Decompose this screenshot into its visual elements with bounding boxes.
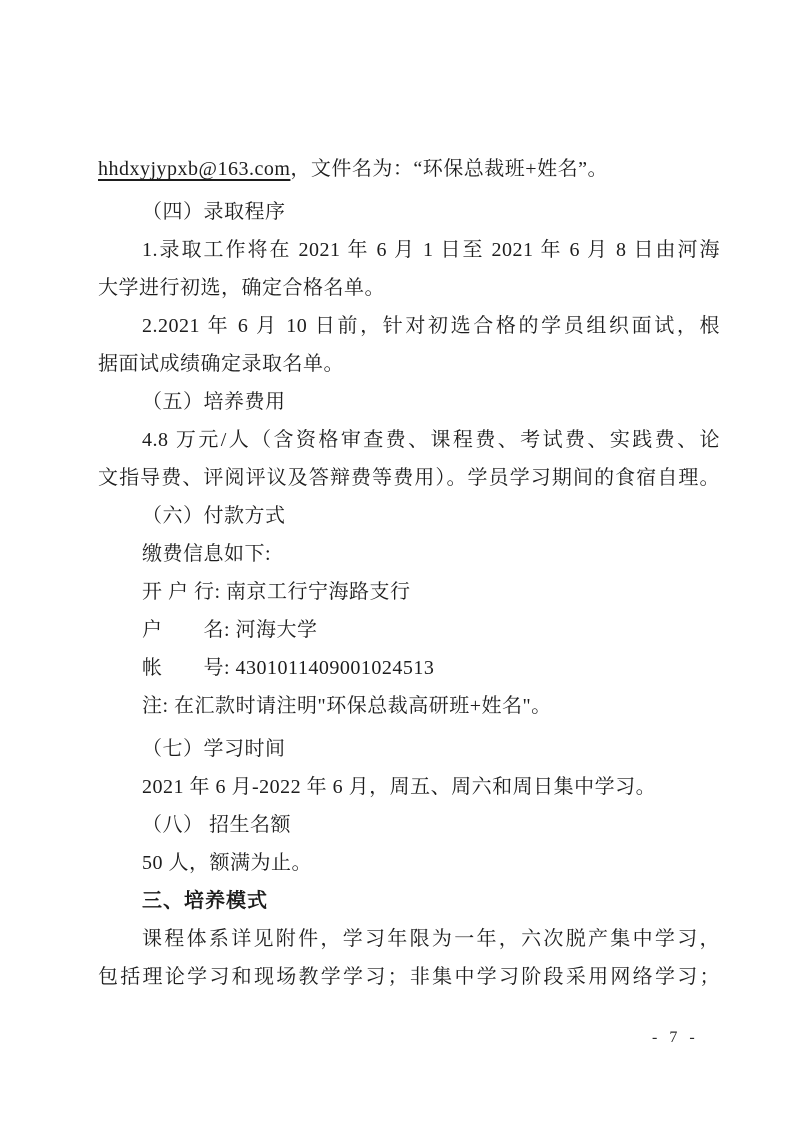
document-page: hhdxyjypxb@163.com，文件名为：“环保总裁班+姓名”。 （四）录… xyxy=(0,0,800,1131)
section-heading-4-admission-procedure: （四）录取程序 xyxy=(98,193,720,231)
page-number: - 7 - xyxy=(652,1026,732,1050)
document-body: hhdxyjypxb@163.com，文件名为：“环保总裁班+姓名”。 （四）录… xyxy=(98,150,720,996)
admission-step-1-line-2: 大学进行初选，确定合格名单。 xyxy=(98,269,720,307)
training-mode-line-1: 课程体系详见附件，学习年限为一年，六次脱产集中学习， xyxy=(98,920,720,958)
fee-paragraph-line-1: 4.8 万元/人（含资格审查费、课程费、考试费、实践费、论 xyxy=(98,421,720,459)
quota-line: 50 人，额满为止。 xyxy=(98,844,720,882)
study-time-line: 2021 年 6 月-2022 年 6 月，周五、周六和周日集中学习。 xyxy=(98,768,720,806)
payment-info-intro: 缴费信息如下: xyxy=(98,535,720,573)
section-heading-6-payment-method: （六）付款方式 xyxy=(98,497,720,535)
section-heading-8-enrollment-quota: （八） 招生名额 xyxy=(98,806,720,844)
fee-paragraph-line-2: 文指导费、评阅评议及答辩费等费用）。学员学习期间的食宿自理。 xyxy=(98,459,720,497)
section-heading-7-study-time: （七）学习时间 xyxy=(98,730,720,768)
admission-step-1-line-1: 1.录取工作将在 2021 年 6 月 1 日至 2021 年 6 月 8 日由… xyxy=(98,231,720,269)
email-address: hhdxyjypxb@163.com xyxy=(98,158,290,180)
section-heading-5-training-fee: （五）培养费用 xyxy=(98,383,720,421)
email-line-rest: ，文件名为：“环保总裁班+姓名”。 xyxy=(290,158,608,180)
email-line: hhdxyjypxb@163.com，文件名为：“环保总裁班+姓名”。 xyxy=(98,150,720,188)
account-number-line: 帐 号: 4301011409001024513 xyxy=(98,649,720,687)
admission-step-2-line-2: 据面试成绩确定录取名单。 xyxy=(98,345,720,383)
training-mode-line-2: 包括理论学习和现场教学学习；非集中学习阶段采用网络学习； xyxy=(98,958,720,996)
section-heading-3-training-mode: 三、培养模式 xyxy=(98,882,720,920)
remittance-note-line: 注: 在汇款时请注明"环保总裁高研班+姓名"。 xyxy=(98,687,720,725)
admission-step-2-line-1: 2.2021 年 6 月 10 日前，针对初选合格的学员组织面试，根 xyxy=(98,307,720,345)
account-name-line: 户 名: 河海大学 xyxy=(98,611,720,649)
bank-name-line: 开 户 行: 南京工行宁海路支行 xyxy=(98,573,720,611)
